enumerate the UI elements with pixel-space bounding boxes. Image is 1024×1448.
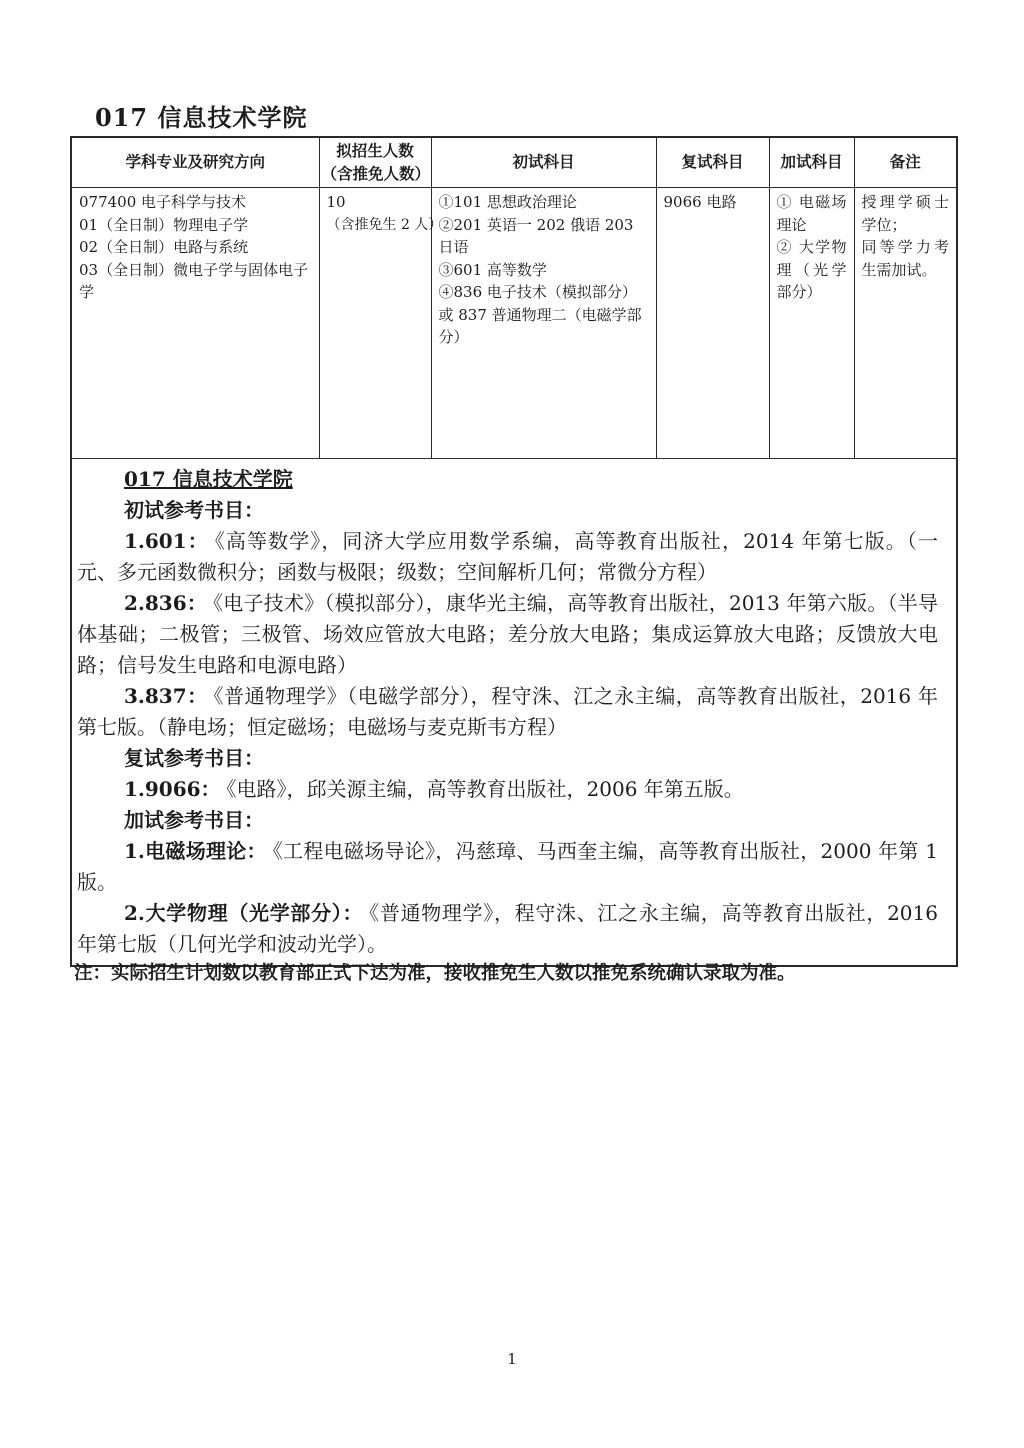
section-initial-books: 初试参考书目： xyxy=(77,495,938,526)
footnote: 注：实际招生计划数以教育部正式下达为准，接收推免生人数以推免系统确认录取为准。 xyxy=(74,961,974,987)
major-direction: 01（全日制）物理电子学 xyxy=(79,214,312,237)
remark-line: 同等学力考生需加试。 xyxy=(862,236,950,281)
header-quota: 拟招生人数 （含推免人数） xyxy=(319,137,431,188)
page-number: 1 xyxy=(0,1350,1024,1368)
cell-additional-exam: ① 电磁场理论 ② 大学物理（光学部分） xyxy=(769,188,854,459)
book-item: 1.9066：《电路》，邱关源主编，高等教育出版社，2006 年第五版。 xyxy=(77,774,938,805)
section-retest-books: 复试参考书目： xyxy=(77,743,938,774)
header-major: 学科专业及研究方向 xyxy=(71,137,319,188)
document-page: 017 信息技术学院 学科专业及研究方向 拟招生人数 （含推免人数） 初试科目 … xyxy=(0,0,1024,1448)
book-item: 1.601：《高等数学》，同济大学应用数学系编，高等教育出版社，2014 年第七… xyxy=(77,526,938,588)
major-code: 077400 电子科学与技术 xyxy=(79,191,312,214)
table-header-row: 学科专业及研究方向 拟招生人数 （含推免人数） 初试科目 复试科目 加试科目 备… xyxy=(71,137,957,188)
quota-note: （含推免生 2 人） xyxy=(327,214,424,237)
reference-books-cell: 017 信息技术学院 初试参考书目： 1.601：《高等数学》，同济大学应用数学… xyxy=(71,459,957,967)
exam-subject: ④836 电子技术（模拟部分）或 837 普通物理二（电磁学部分） xyxy=(439,281,649,349)
cell-initial-exam: ①101 思想政治理论 ②201 英语一 202 俄语 203 日语 ③601 … xyxy=(431,188,656,459)
major-direction: 02（全日制）电路与系统 xyxy=(79,236,312,259)
table-data-row: 077400 电子科学与技术 01（全日制）物理电子学 02（全日制）电路与系统… xyxy=(71,188,957,459)
admission-table: 学科专业及研究方向 拟招生人数 （含推免人数） 初试科目 复试科目 加试科目 备… xyxy=(70,136,958,967)
reference-books-row: 017 信息技术学院 初试参考书目： 1.601：《高等数学》，同济大学应用数学… xyxy=(71,459,957,967)
cell-quota: 10 （含推免生 2 人） xyxy=(319,188,431,459)
books-heading: 017 信息技术学院 xyxy=(77,464,938,495)
major-direction: 03（全日制）微电子学与固体电子学 xyxy=(79,259,312,304)
section-additional-books: 加试参考书目： xyxy=(77,805,938,836)
header-remarks: 备注 xyxy=(854,137,957,188)
exam-subject: ①101 思想政治理论 xyxy=(439,191,649,214)
cell-retest: 9066 电路 xyxy=(656,188,769,459)
book-item: 1.电磁场理论：《工程电磁场导论》，冯慈璋、马西奎主编，高等教育出版社，2000… xyxy=(77,836,938,898)
header-additional-exam: 加试科目 xyxy=(769,137,854,188)
exam-subject: ③601 高等数学 xyxy=(439,259,649,282)
book-item: 3.837：《普通物理学》（电磁学部分），程守洙、江之永主编，高等教育出版社，2… xyxy=(77,681,938,743)
header-retest: 复试科目 xyxy=(656,137,769,188)
exam-subject: ②201 英语一 202 俄语 203 日语 xyxy=(439,214,649,259)
book-item: 2.836：《电子技术》（模拟部分），康华光主编，高等教育出版社，2013 年第… xyxy=(77,588,938,681)
retest-subject: 9066 电路 xyxy=(664,191,762,214)
header-initial-exam: 初试科目 xyxy=(431,137,656,188)
quota-number: 10 xyxy=(327,191,424,214)
page-title: 017 信息技术学院 xyxy=(95,98,307,133)
cell-major: 077400 电子科学与技术 01（全日制）物理电子学 02（全日制）电路与系统… xyxy=(71,188,319,459)
remark-line: 授理学硕士学位； xyxy=(862,191,950,236)
book-item: 2.大学物理（光学部分）：《普通物理学》，程守洙、江之永主编，高等教育出版社，2… xyxy=(77,898,938,960)
additional-subject: ② 大学物理（光学部分） xyxy=(777,236,847,304)
cell-remarks: 授理学硕士学位； 同等学力考生需加试。 xyxy=(854,188,957,459)
additional-subject: ① 电磁场理论 xyxy=(777,191,847,236)
